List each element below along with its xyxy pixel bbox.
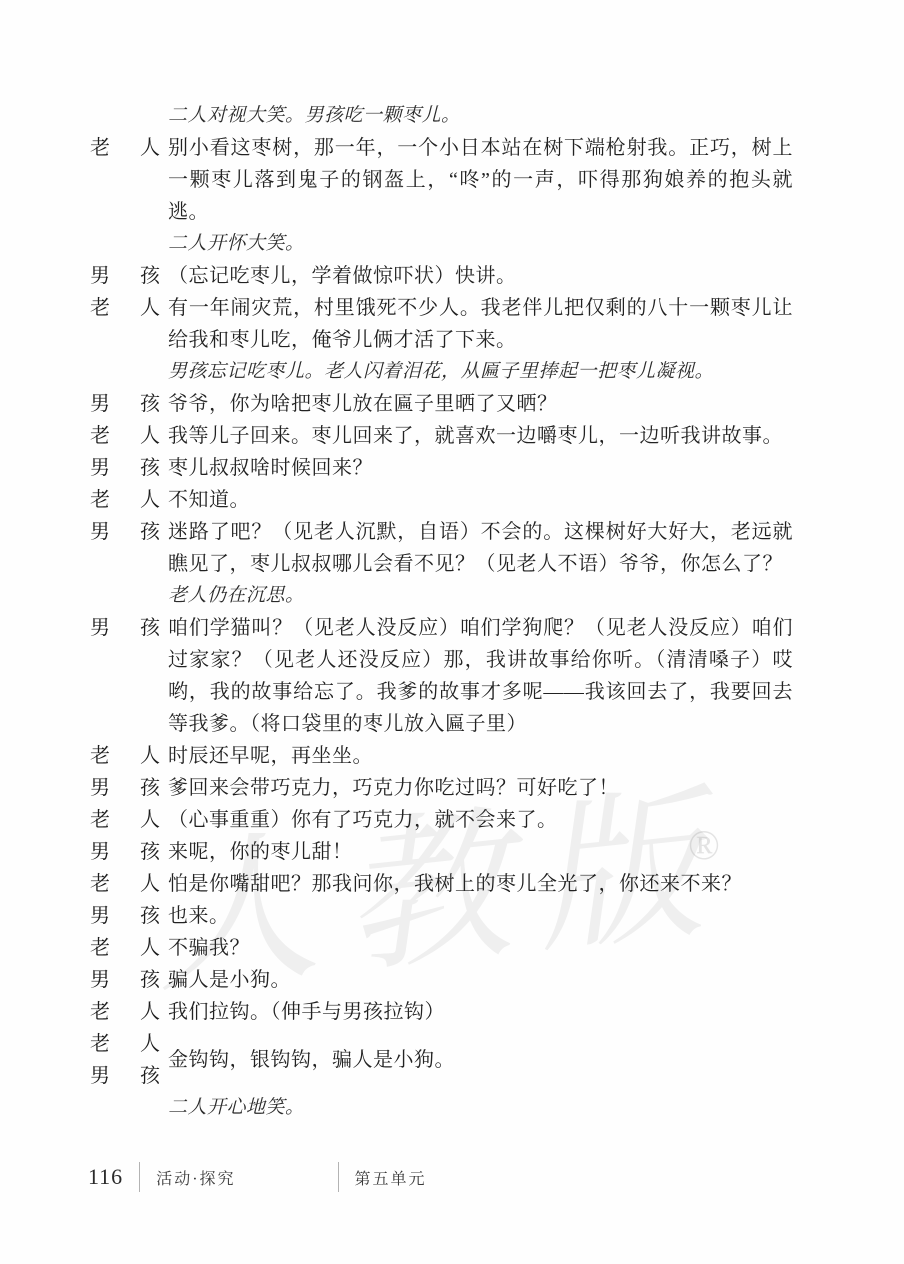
page-footer: 116 活动·探究 第五单元: [88, 1162, 427, 1192]
speaker-label: 男 孩: [90, 964, 168, 996]
script-line: 老 人 我们拉钩。（伸手与男孩拉钩）: [90, 996, 810, 1028]
stage-direction: 二人开心地笑。: [90, 1092, 810, 1124]
play-script: 二人对视大笑。男孩吃一颗枣儿。 老 人 别小看这枣树，那一年，一个小日本站在树下…: [90, 100, 810, 1124]
dialogue-text: 时辰还早呢，再坐坐。: [168, 740, 793, 772]
direction-text: 二人对视大笑。男孩吃一颗枣儿。: [168, 100, 793, 132]
speaker-label: 老 人: [90, 804, 168, 836]
script-line-dual-speakers: 老 人 男 孩 金钩钩，银钩钩，骗人是小狗。: [90, 1028, 810, 1092]
dialogue-text: （忘记吃枣儿，学着做惊吓状）快讲。: [168, 260, 793, 292]
dialogue-text: （心事重重）你有了巧克力，就不会来了。: [168, 804, 793, 836]
dialogue-text: 迷路了吧？（见老人沉默，自语）不会的。这棵树好大好大，老远就瞧见了，枣儿叔叔哪儿…: [168, 516, 793, 580]
script-line: 老 人 不骗我？: [90, 932, 810, 964]
speaker-label: 老 人: [90, 292, 168, 324]
speaker-label: 男 孩: [90, 900, 168, 932]
speaker-label: 老 人: [90, 132, 168, 164]
script-line: 男 孩 枣儿叔叔啥时候回来？: [90, 452, 810, 484]
script-line: 男 孩 骗人是小狗。: [90, 964, 810, 996]
script-line: 老 人 别小看这枣树，那一年，一个小日本站在树下端枪射我。正巧，树上一颗枣儿落到…: [90, 132, 810, 228]
dialogue-text: 我们拉钩。（伸手与男孩拉钩）: [168, 996, 793, 1028]
script-line: 男 孩 咱们学猫叫？（见老人没反应）咱们学狗爬？（见老人没反应）咱们过家家？（见…: [90, 612, 810, 740]
dialogue-text: 来呢，你的枣儿甜！: [168, 836, 793, 868]
dialogue-text: 也来。: [168, 900, 793, 932]
script-line: 男 孩 也来。: [90, 900, 810, 932]
script-line: 老 人 怕是你嘴甜吧？那我问你，我树上的枣儿全光了，你还来不来？: [90, 868, 810, 900]
speaker-label: 男 孩: [90, 612, 168, 644]
direction-text: 男孩忘记吃枣儿。老人闪着泪花，从匾子里捧起一把枣儿凝视。: [168, 356, 793, 388]
speaker-label: 老 人: [90, 420, 168, 452]
footer-section: 活动·探究: [156, 1166, 235, 1189]
dialogue-text: 咱们学猫叫？（见老人没反应）咱们学狗爬？（见老人没反应）咱们过家家？（见老人还没…: [168, 612, 793, 740]
speaker-label: 男 孩: [90, 772, 168, 804]
script-line: 老 人 有一年闹灾荒，村里饿死不少人。我老伴儿把仅剩的八十一颗枣儿让给我和枣儿吃…: [90, 292, 810, 356]
speaker-label: 男 孩: [90, 260, 168, 292]
speaker-label: 老 人: [90, 484, 168, 516]
dual-speaker-column: 老 人 男 孩: [90, 1028, 168, 1092]
direction-text: 二人开心地笑。: [168, 1092, 793, 1124]
speaker-label: 男 孩: [90, 1060, 168, 1092]
footer-unit: 第五单元: [355, 1166, 427, 1189]
footer-divider: [338, 1162, 339, 1192]
speaker-label: 男 孩: [90, 452, 168, 484]
dialogue-text: 我等儿子回来。枣儿回来了，就喜欢一边嚼枣儿，一边听我讲故事。: [168, 420, 793, 452]
stage-direction: 老人仍在沉思。: [90, 580, 810, 612]
script-line: 男 孩 迷路了吧？（见老人沉默，自语）不会的。这棵树好大好大，老远就瞧见了，枣儿…: [90, 516, 810, 580]
script-line: 老 人 时辰还早呢，再坐坐。: [90, 740, 810, 772]
direction-text: 二人开怀大笑。: [168, 228, 793, 260]
script-line: 男 孩 来呢，你的枣儿甜！: [90, 836, 810, 868]
page-number: 116: [88, 1164, 123, 1190]
stage-direction: 二人开怀大笑。: [90, 228, 810, 260]
dialogue-text: 枣儿叔叔啥时候回来？: [168, 452, 793, 484]
stage-direction: 男孩忘记吃枣儿。老人闪着泪花，从匾子里捧起一把枣儿凝视。: [90, 356, 810, 388]
dialogue-text: 不骗我？: [168, 932, 793, 964]
speaker-label: 老 人: [90, 1028, 168, 1060]
dialogue-text: 怕是你嘴甜吧？那我问你，我树上的枣儿全光了，你还来不来？: [168, 868, 793, 900]
script-line: 男 孩 爹回来会带巧克力，巧克力你吃过吗？可好吃了！: [90, 772, 810, 804]
textbook-page: 人教版 ® 二人对视大笑。男孩吃一颗枣儿。 老 人 别小看这枣树，那一年，一个小…: [0, 0, 904, 1264]
dialogue-text: 爹回来会带巧克力，巧克力你吃过吗？可好吃了！: [168, 772, 793, 804]
speaker-label: 男 孩: [90, 388, 168, 420]
dialogue-text: 有一年闹灾荒，村里饿死不少人。我老伴儿把仅剩的八十一颗枣儿让给我和枣儿吃，俺爷儿…: [168, 292, 793, 356]
script-line: 老 人 （心事重重）你有了巧克力，就不会来了。: [90, 804, 810, 836]
footer-divider: [139, 1162, 140, 1192]
dialogue-text: 别小看这枣树，那一年，一个小日本站在树下端枪射我。正巧，树上一颗枣儿落到鬼子的钢…: [168, 132, 793, 228]
dialogue-text: 不知道。: [168, 484, 793, 516]
speaker-label: 老 人: [90, 996, 168, 1028]
dialogue-text: 爷爷，你为啥把枣儿放在匾子里晒了又晒？: [168, 388, 793, 420]
script-line: 老 人 不知道。: [90, 484, 810, 516]
script-line: 男 孩 （忘记吃枣儿，学着做惊吓状）快讲。: [90, 260, 810, 292]
speaker-label: 老 人: [90, 740, 168, 772]
stage-direction: 二人对视大笑。男孩吃一颗枣儿。: [90, 100, 810, 132]
speaker-label: 男 孩: [90, 516, 168, 548]
script-line: 男 孩 爷爷，你为啥把枣儿放在匾子里晒了又晒？: [90, 388, 810, 420]
script-line: 老 人 我等儿子回来。枣儿回来了，就喜欢一边嚼枣儿，一边听我讲故事。: [90, 420, 810, 452]
speaker-label: 老 人: [90, 868, 168, 900]
speaker-label: 老 人: [90, 932, 168, 964]
dialogue-text: 骗人是小狗。: [168, 964, 793, 996]
dialogue-text: 金钩钩，银钩钩，骗人是小狗。: [168, 1044, 793, 1076]
speaker-label: 男 孩: [90, 836, 168, 868]
direction-text: 老人仍在沉思。: [168, 580, 793, 612]
